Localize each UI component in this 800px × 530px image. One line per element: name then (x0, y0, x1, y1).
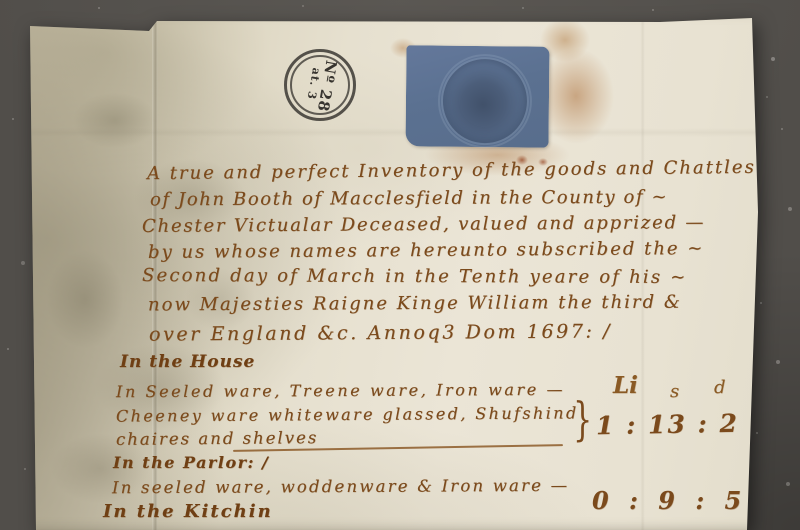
manuscript-line: over England &c. Annoq3 Dom 1697: / (149, 320, 612, 345)
ink-stamp-text: Nº 28 at. 3 (303, 57, 338, 113)
photo-background: Nº 28 at. 3 A true and perfect Inventory… (0, 0, 800, 530)
parchment-wrap: Nº 28 at. 3 A true and perfect Inventory… (0, 0, 800, 530)
manuscript-line: Second day of March in the Tenth yeare o… (142, 265, 688, 288)
manuscript-line: chaires and shelves (116, 428, 318, 449)
parchment: Nº 28 at. 3 A true and perfect Inventory… (0, 0, 800, 530)
section-heading-kitchin: In the Kitchin (103, 501, 273, 522)
section-heading-house: In the House (120, 352, 255, 372)
currency-header-shillings: s (670, 381, 679, 402)
manuscript-line: of John Booth of Macclesfield in the Cou… (150, 187, 668, 211)
amount-value: 0 : 9 : 5 (592, 486, 747, 515)
amount-value: 1 : 13 : 2 (596, 409, 739, 440)
manuscript-line: In seeled ware, woddenware & Iron ware — (112, 476, 569, 497)
blue-revenue-stamp (405, 45, 549, 147)
manuscript-line: now Majesties Raigne Kinge William the t… (148, 292, 682, 316)
manuscript-line: Chester Victualar Deceased, valued and a… (142, 212, 705, 237)
section-heading-parlor: In the Parlor: / (113, 453, 269, 472)
embossed-seal (437, 54, 532, 149)
currency-header-pence: d (714, 377, 726, 398)
manuscript-line: In Seeled ware, Treene ware, Iron ware — (116, 380, 565, 401)
currency-header-pounds: Li (613, 372, 638, 399)
ink-stamp-inner-ring: Nº 28 at. 3 (290, 55, 350, 115)
circular-ink-stamp: Nº 28 at. 3 (284, 49, 356, 121)
grouping-brace: } (573, 392, 592, 446)
manuscript-line: by us whose names are hereunto subscribe… (148, 238, 704, 263)
manuscript-line: Cheeney ware whiteware glassed, Shufshin… (116, 403, 579, 425)
